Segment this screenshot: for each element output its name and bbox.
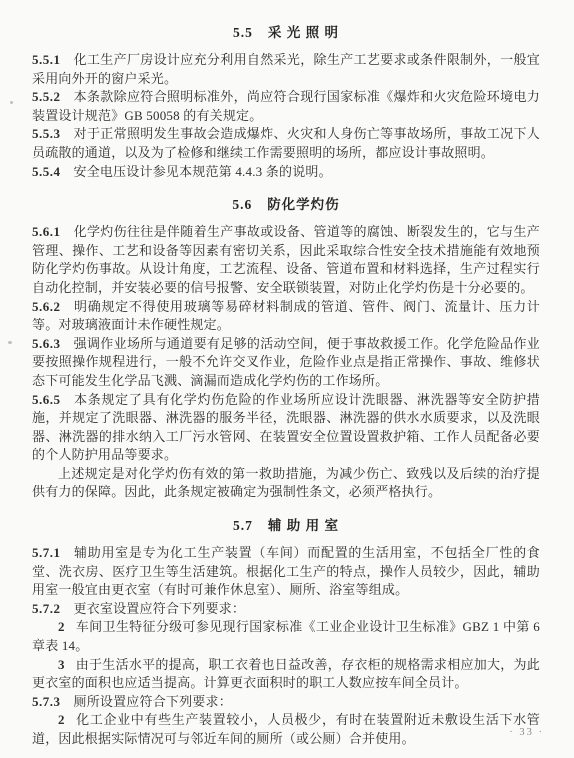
item-number: 2 bbox=[58, 619, 65, 634]
note-text: 上述规定是对化学灼伤有效的第一救助措施，为减少伤亡、致残以及后续的治疗提供有力的… bbox=[32, 466, 540, 500]
clause-5-7-1: 5.7.1辅助用室是专为化工生产装置（车间）而配置的生活用室，不包括全厂性的食堂… bbox=[32, 544, 540, 600]
clause-5-5-3: 5.5.3对于正常照明发生事故会造成爆炸、火灾和人身伤亡等事故场所，事故工况下人… bbox=[32, 125, 540, 162]
clause-5-5-1: 5.5.1化工生产厂房设计应充分利用自然采光，除生产工艺要求或条件限制外，一般宜… bbox=[32, 51, 540, 88]
clause-number: 5.5.1 bbox=[32, 52, 61, 67]
section-chemical-burn: 5.6防化学灼伤 5.6.1化学灼伤往往是伴随着生产事故或设备、管道等的腐蚀、断… bbox=[32, 195, 540, 502]
item-number: 2 bbox=[58, 712, 65, 727]
clause-5-6-1: 5.6.1化学灼伤往往是伴随着生产事故或设备、管道等的腐蚀、断裂发生的，它与生产… bbox=[32, 223, 540, 297]
clause-5-7-3: 5.7.3厕所设置应符合下列要求： bbox=[32, 693, 540, 712]
section-number: 5.5 bbox=[233, 25, 253, 40]
section-number: 5.6 bbox=[232, 197, 252, 212]
clause-number: 5.5.4 bbox=[32, 164, 61, 179]
clause-number: 5.7.1 bbox=[32, 545, 61, 560]
clause-text: 强调作业场所与通道要有足够的活动空间，便于事故救援工作。化学危险品作业要按照操作… bbox=[32, 336, 540, 388]
section-title: 采 光 照 明 bbox=[268, 25, 339, 40]
document-page: 5.5采 光 照 明 5.5.1化工生产厂房设计应充分利用自然采光，除生产工艺要… bbox=[0, 0, 574, 758]
item-5-7-2-3: 3由于生活水平的提高，职工衣着也日益改善，存衣柜的规格需求相应加大，为此更衣室的… bbox=[32, 656, 540, 693]
clause-5-5-4: 5.5.4安全电压设计参见本规范第 4.4.3 条的说明。 bbox=[32, 163, 540, 182]
scan-speck bbox=[8, 341, 12, 344]
section-auxiliary-rooms: 5.7辅 助 用 室 5.7.1辅助用室是专为化工生产装置（车间）而配置的生活用… bbox=[32, 516, 540, 749]
clause-number: 5.6.1 bbox=[32, 224, 61, 239]
clause-text: 本条款除应符合照明标准外，尚应符合现行国家标准《爆炸和火灾危险环境电力装置设计规… bbox=[32, 89, 540, 123]
item-5-7-2-2: 2车间卫生特征分级可参见现行国家标准《工业企业设计卫生标准》GBZ 1 中第 6… bbox=[32, 618, 540, 655]
clause-5-6-2: 5.6.2明确规定不得使用玻璃等易碎材料制成的管道、管件、阀门、流量计、压力计等… bbox=[32, 298, 540, 335]
note-paragraph: 上述规定是对化学灼伤有效的第一救助措施，为减少伤亡、致残以及后续的治疗提供有力的… bbox=[32, 465, 540, 502]
section-heading-5-6: 5.6防化学灼伤 bbox=[32, 195, 540, 214]
clause-text: 更衣室设置应符合下列要求： bbox=[74, 601, 246, 616]
item-5-7-3-2: 2化工企业中有些生产装置较小，人员极少，有时在装置附近未敷设生活下水管道，因此根… bbox=[32, 711, 540, 748]
clause-text: 安全电压设计参见本规范第 4.4.3 条的说明。 bbox=[74, 164, 332, 179]
section-title: 辅 助 用 室 bbox=[268, 518, 339, 533]
clause-text: 化学灼伤往往是伴随着生产事故或设备、管道等的腐蚀、断裂发生的，它与生产管理、操作… bbox=[32, 224, 540, 295]
clause-number: 5.6.5 bbox=[32, 392, 61, 407]
section-number: 5.7 bbox=[233, 518, 253, 533]
clause-text: 明确规定不得使用玻璃等易碎材料制成的管道、管件、阀门、流量计、压力计等。对玻璃液… bbox=[32, 299, 540, 333]
clause-number: 5.6.2 bbox=[32, 299, 61, 314]
section-lighting: 5.5采 光 照 明 5.5.1化工生产厂房设计应充分利用自然采光，除生产工艺要… bbox=[32, 23, 540, 181]
clause-text: 本条规定了具有化学灼伤危险的作业场所应设计洗眼器、淋洗器等安全防护措施，并规定了… bbox=[32, 392, 540, 463]
item-number: 3 bbox=[58, 657, 65, 672]
section-heading-5-5: 5.5采 光 照 明 bbox=[32, 23, 540, 42]
item-text: 车间卫生特征分级可参见现行国家标准《工业企业设计卫生标准》GBZ 1 中第 6 … bbox=[32, 619, 540, 653]
clause-text: 厕所设置应符合下列要求： bbox=[74, 694, 232, 709]
clause-number: 5.7.3 bbox=[32, 694, 61, 709]
section-title: 防化学灼伤 bbox=[267, 197, 340, 212]
clause-5-5-2: 5.5.2本条款除应符合照明标准外，尚应符合现行国家标准《爆炸和火灾危险环境电力… bbox=[32, 88, 540, 125]
section-heading-5-7: 5.7辅 助 用 室 bbox=[32, 516, 540, 535]
clause-5-6-3: 5.6.3强调作业场所与通道要有足够的活动空间，便于事故救援工作。化学危险品作业… bbox=[32, 335, 540, 391]
clause-text: 辅助用室是专为化工生产装置（车间）而配置的生活用室，不包括全厂性的食堂、洗衣房、… bbox=[32, 545, 540, 597]
clause-text: 对于正常照明发生事故会造成爆炸、火灾和人身伤亡等事故场所，事故工况下人员疏散的通… bbox=[32, 126, 540, 160]
item-text: 化工企业中有些生产装置较小，人员极少，有时在装置附近未敷设生活下水管道，因此根据… bbox=[32, 712, 540, 746]
clause-number: 5.5.3 bbox=[32, 126, 61, 141]
clause-5-6-5: 5.6.5本条规定了具有化学灼伤危险的作业场所应设计洗眼器、淋洗器等安全防护措施… bbox=[32, 391, 540, 465]
clause-number: 5.6.3 bbox=[32, 336, 61, 351]
clause-number: 5.5.2 bbox=[32, 89, 61, 104]
scan-speck bbox=[10, 101, 13, 104]
clause-5-7-2: 5.7.2更衣室设置应符合下列要求： bbox=[32, 600, 540, 619]
page-number: · 33 · bbox=[509, 727, 544, 738]
clause-number: 5.7.2 bbox=[32, 601, 61, 616]
item-text: 由于生活水平的提高，职工衣着也日益改善，存衣柜的规格需求相应加大，为此更衣室的面… bbox=[32, 657, 540, 691]
clause-text: 化工生产厂房设计应充分利用自然采光，除生产工艺要求或条件限制外，一般宜采用向外开… bbox=[32, 52, 540, 86]
